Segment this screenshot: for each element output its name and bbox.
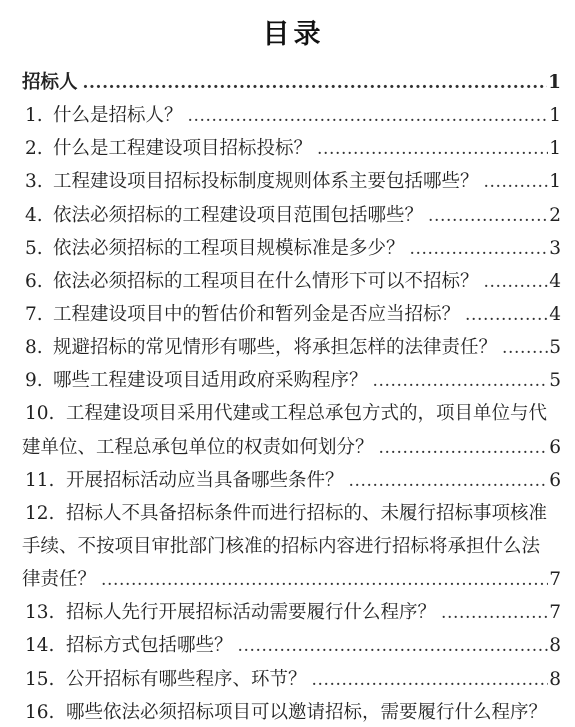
toc-entry-line: 手续、不按项目审批部门核准的招标内容进行招标将承担什么法 [22, 530, 561, 563]
toc-entry-text: 工程建设项目中的暂估价和暂列金是否应当招标？ [53, 298, 460, 331]
dot-leader: ........................................… [238, 630, 549, 663]
toc-entry-text: 招标方式包括哪些？ [66, 629, 233, 662]
toc-entry-page: 7 [549, 596, 561, 629]
toc-entry-page: 1 [549, 165, 561, 198]
toc-entry-page: 5 [549, 331, 561, 364]
dot-leader: ........................................… [502, 332, 548, 365]
toc-entry-line: 律责任？....................................… [22, 563, 561, 596]
toc-entry-text: 手续、不按项目审批部门核准的招标内容进行招标将承担什么法 [22, 530, 540, 563]
toc-entry-number: 4. [25, 199, 53, 232]
toc-entry-line: 7.工程建设项目中的暂估价和暂列金是否应当招标？................… [22, 298, 561, 331]
dot-leader: ........................................… [379, 432, 549, 465]
toc-entry-number: 7. [25, 298, 53, 331]
toc-entry-number: 16. [25, 696, 66, 727]
dot-leader: ........................................… [484, 266, 549, 299]
toc-entry-number: 12. [25, 497, 66, 530]
toc-entry-text: 建单位、工程总承包单位的权责如何划分？ [22, 431, 374, 464]
toc-entry-line: 招标人.....................................… [22, 66, 561, 99]
toc-entry-number: 14. [25, 629, 66, 662]
toc-entry-line: 12.招标人不具备招标条件而进行招标的、未履行招标事项核准 [22, 497, 561, 530]
toc-entry-page: 7 [549, 563, 561, 596]
toc-entry-line: 11.开展招标活动应当具备哪些条件？......................… [22, 464, 561, 497]
toc-list: 招标人.....................................… [22, 66, 561, 727]
toc-entry-number: 13. [25, 596, 66, 629]
toc-entry-text: 什么是工程建设项目招标投标？ [53, 132, 312, 165]
toc-entry-page: 1 [548, 66, 561, 99]
toc-entry-number: 8. [25, 331, 53, 364]
dot-leader: ........................................… [101, 564, 548, 597]
toc-entry-page: 4 [549, 265, 561, 298]
dot-leader: ........................................… [484, 166, 549, 199]
toc-entry-line: 1.什么是招标人？...............................… [22, 99, 561, 132]
toc-entry-text: 哪些工程建设项目适用政府采购程序？ [53, 364, 368, 397]
toc-entry-line: 10.工程建设项目采用代建或工程总承包方式的，项目单位与代 [22, 397, 561, 430]
toc-entry-text: 工程建设项目采用代建或工程总承包方式的，项目单位与代 [66, 397, 547, 430]
dot-leader: ........................................… [428, 200, 548, 233]
toc-entry-number: 3. [25, 165, 53, 198]
toc-entry-text: 公开招标有哪些程序、环节？ [66, 663, 307, 696]
document-page: 目录 招标人..................................… [0, 0, 575, 727]
toc-entry-page: 4 [549, 298, 561, 331]
dot-leader: ........................................… [188, 100, 549, 133]
toc-entry-line: 2.什么是工程建设项目招标投标？........................… [22, 132, 561, 165]
toc-entry-page: 8 [549, 663, 561, 696]
toc-entry-number: 1. [25, 99, 53, 132]
toc-entry-page: 1 [549, 99, 561, 132]
toc-entry-number: 2. [25, 132, 53, 165]
toc-entry-number: 11. [25, 464, 66, 497]
toc-entry-text: 依法必须招标的工程建设项目范围包括哪些？ [53, 199, 423, 232]
toc-entry-text: 工程建设项目招标投标制度规则体系主要包括哪些？ [53, 165, 479, 198]
toc-entry-line: 13.招标人先行开展招标活动需要履行什么程序？.................… [22, 596, 561, 629]
toc-entry-text: 什么是招标人？ [53, 99, 183, 132]
toc-entry-text: 招标人 [22, 66, 78, 99]
toc-entry-line: 16.哪些依法必须招标项目可以邀请招标，需要履行什么程序？ [22, 696, 561, 727]
toc-entry-line: 3.工程建设项目招标投标制度规则体系主要包括哪些？...............… [22, 165, 561, 198]
toc-entry-number: 9. [25, 364, 53, 397]
toc-entry-number: 15. [25, 663, 66, 696]
toc-entry-page: 6 [549, 431, 561, 464]
toc-entry-page: 2 [549, 199, 561, 232]
dot-leader: ........................................… [317, 133, 548, 166]
toc-entry-line: 4.依法必须招标的工程建设项目范围包括哪些？..................… [22, 199, 561, 232]
toc-entry-page: 1 [549, 132, 561, 165]
toc-entry-line: 5.依法必须招标的工程项目规模标准是多少？...................… [22, 232, 561, 265]
toc-entry-text: 依法必须招标的工程项目在什么情形下可以不招标？ [53, 265, 479, 298]
toc-entry-number: 10. [25, 397, 66, 430]
toc-entry-text: 开展招标活动应当具备哪些条件？ [66, 464, 344, 497]
toc-entry-page: 5 [549, 364, 561, 397]
dot-leader: ........................................… [373, 365, 549, 398]
dot-leader: ........................................… [349, 465, 549, 498]
toc-entry-number: 5. [25, 232, 53, 265]
page-title: 目录 [22, 20, 561, 50]
toc-entry-page: 6 [549, 464, 561, 497]
toc-entry-number: 6. [25, 265, 53, 298]
toc-entry-page: 3 [549, 232, 561, 265]
dot-leader: ........................................… [410, 233, 549, 266]
toc-entry-page: 8 [549, 629, 561, 662]
toc-entry-line: 14.招标方式包括哪些？............................… [22, 629, 561, 662]
dot-leader: ........................................… [83, 67, 548, 100]
dot-leader: ........................................… [312, 664, 549, 697]
dot-leader: ........................................… [465, 299, 548, 332]
toc-entry-text: 招标人先行开展招标活动需要履行什么程序？ [66, 596, 436, 629]
toc-entry-line: 建单位、工程总承包单位的权责如何划分？.....................… [22, 431, 561, 464]
toc-entry-line: 15.公开招标有哪些程序、环节？........................… [22, 663, 561, 696]
toc-entry-line: 6.依法必须招标的工程项目在什么情形下可以不招标？...............… [22, 265, 561, 298]
toc-entry-text: 规避招标的常见情形有哪些，将承担怎样的法律责任？ [53, 331, 497, 364]
toc-entry-text: 依法必须招标的工程项目规模标准是多少？ [53, 232, 405, 265]
toc-entry-text: 招标人不具备招标条件而进行招标的、未履行招标事项核准 [66, 497, 547, 530]
toc-entry-line: 8.规避招标的常见情形有哪些，将承担怎样的法律责任？..............… [22, 331, 561, 364]
dot-leader: ........................................… [441, 597, 548, 630]
toc-entry-text: 哪些依法必须招标项目可以邀请招标，需要履行什么程序？ [66, 696, 547, 727]
toc-entry-text: 律责任？ [22, 563, 96, 596]
toc-entry-line: 9.哪些工程建设项目适用政府采购程序？.....................… [22, 364, 561, 397]
